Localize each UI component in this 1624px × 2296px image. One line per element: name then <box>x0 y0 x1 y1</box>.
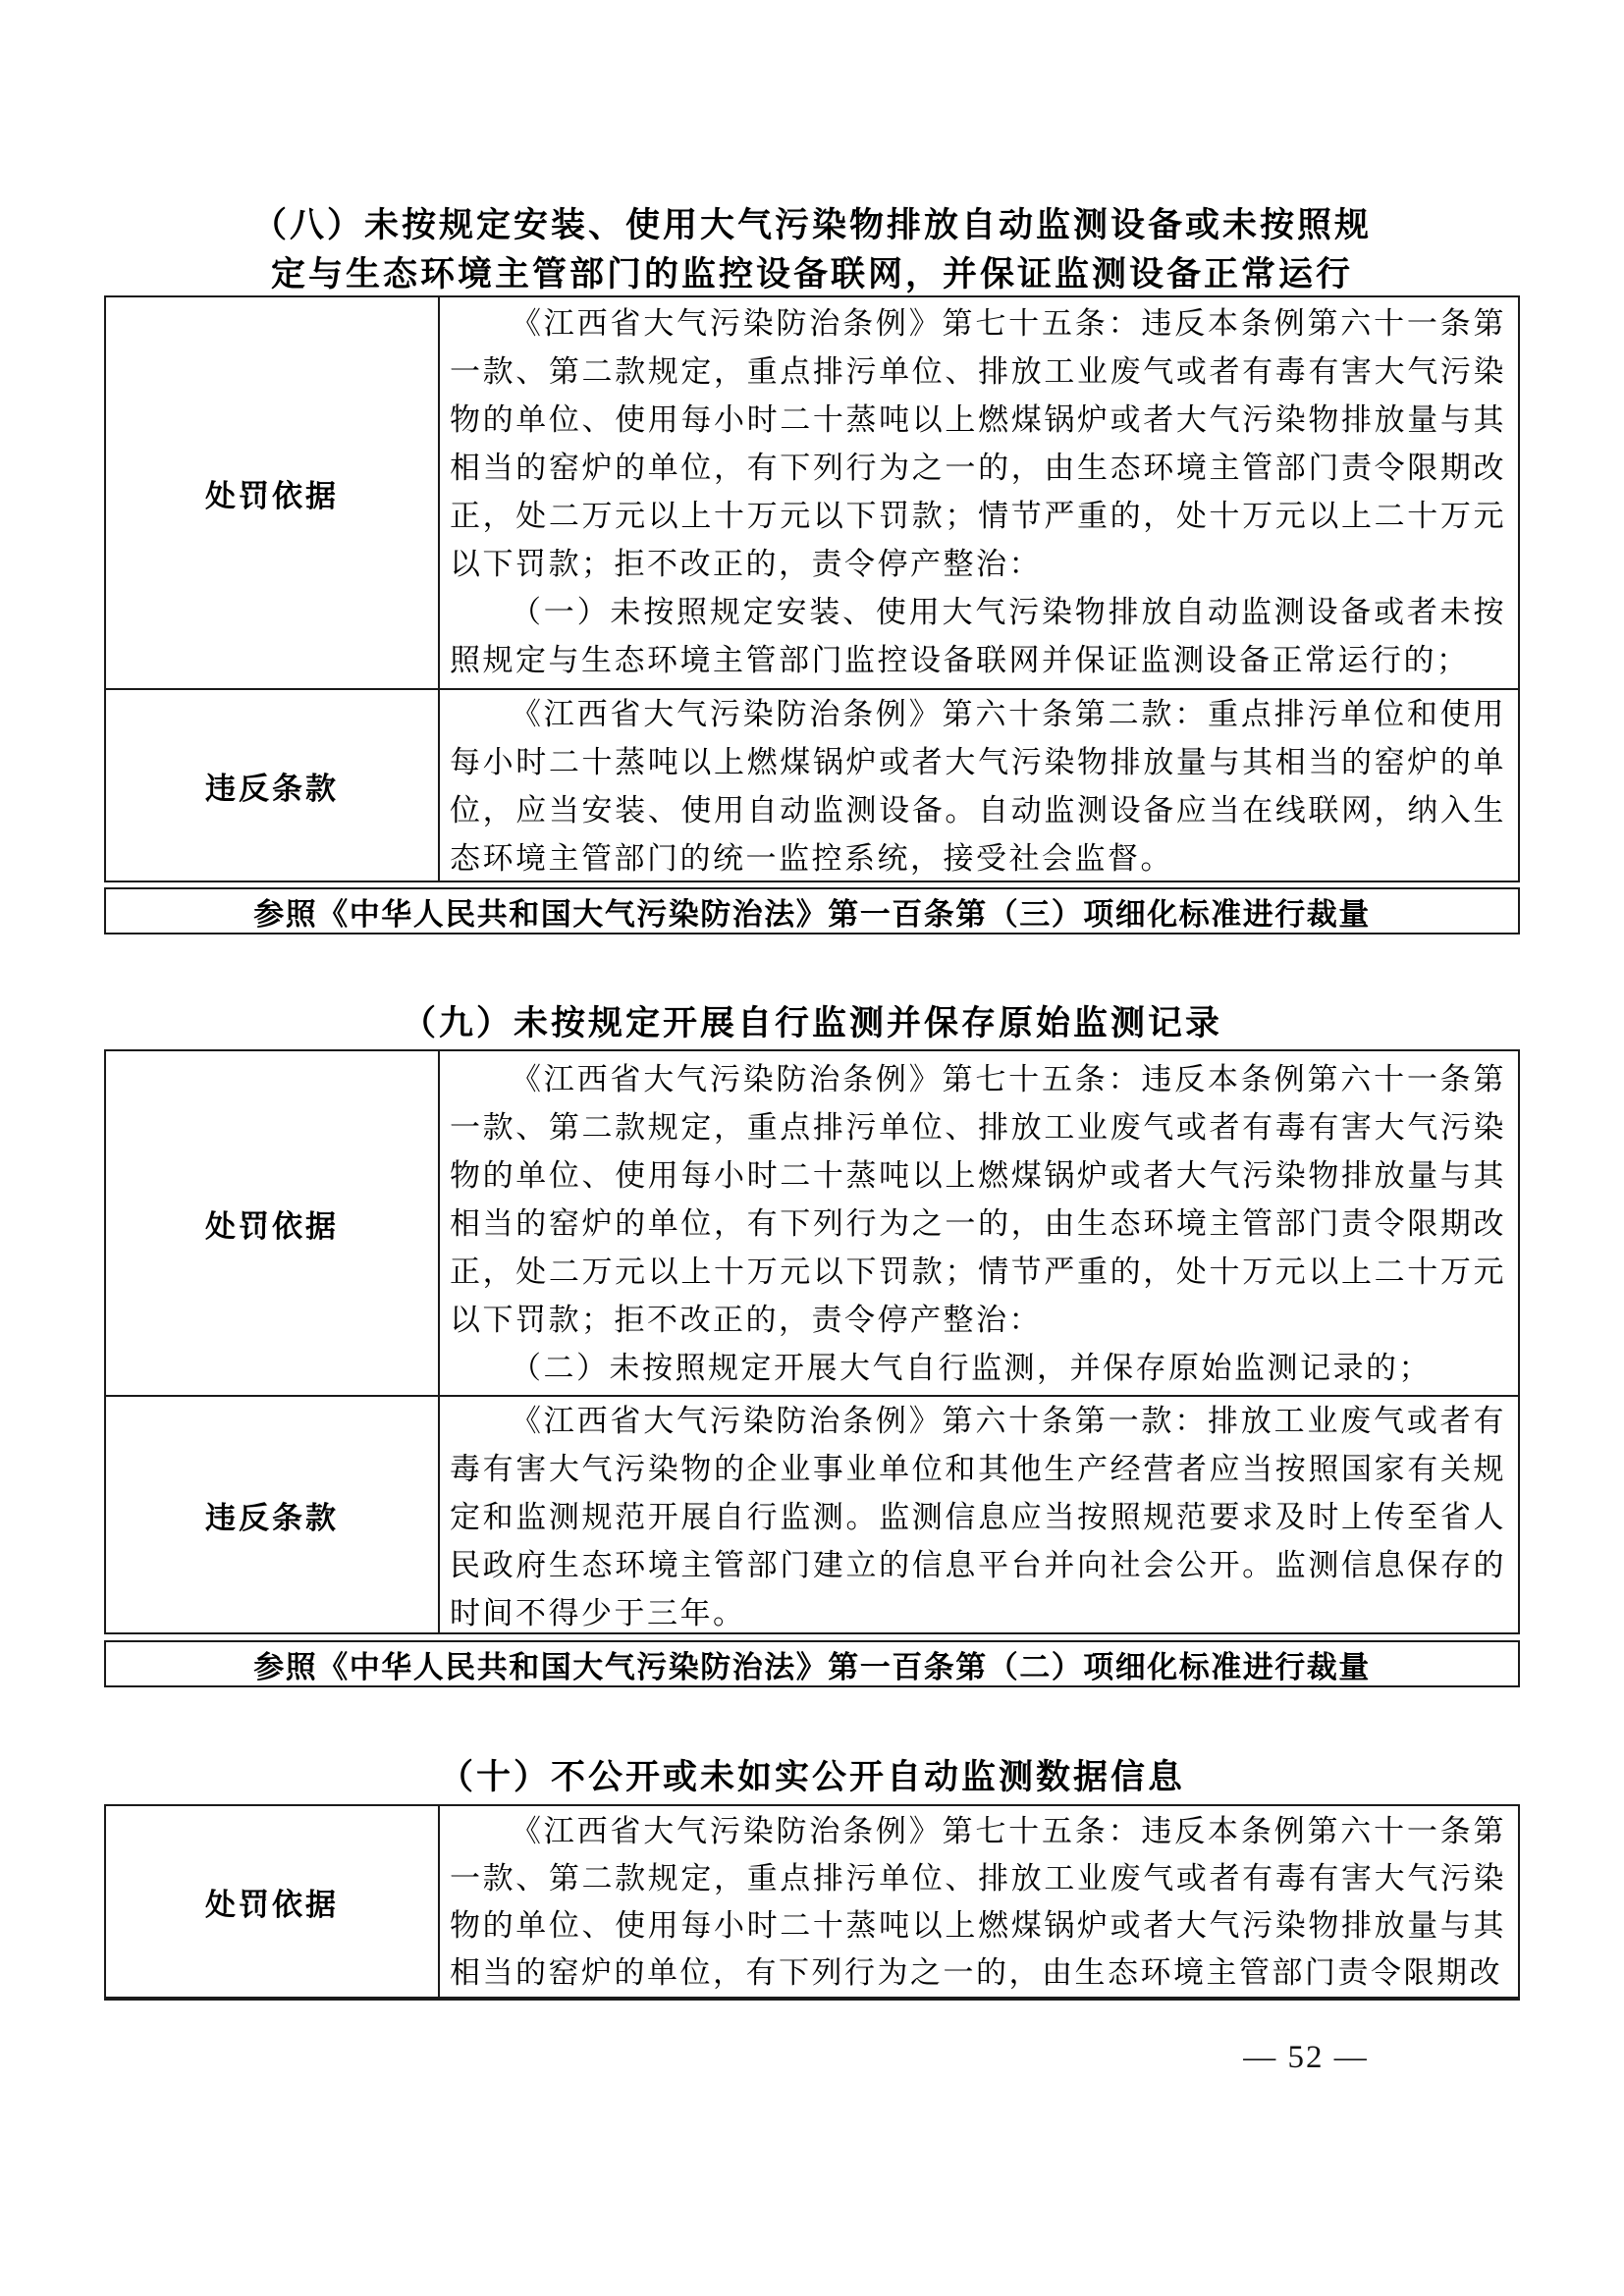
paragraph: 《江西省大气污染防治条例》第七十五条：违反本条例第六十一条第一款、第二款规定，重… <box>450 299 1506 588</box>
row-content: 《江西省大气污染防治条例》第六十条第一款：排放工业废气或者有毒有害大气污染物的企… <box>440 1397 1518 1632</box>
row-label: 处罚依据 <box>106 1051 440 1395</box>
paragraph: （二）未按照规定开展大气自行监测，并保存原始监测记录的； <box>450 1344 1506 1392</box>
paragraph: 《江西省大气污染防治条例》第七十五条：违反本条例第六十一条第一款、第二款规定，重… <box>450 1055 1506 1344</box>
section-9-title-line-1: （九）未按规定开展自行监测并保存原始监测记录 <box>104 999 1520 1048</box>
section-10-title: （十）不公开或未如实公开自动监测数据信息 <box>104 1753 1520 1802</box>
row-label: 处罚依据 <box>106 297 440 688</box>
table-row-violated-clause: 违反条款 《江西省大气污染防治条例》第六十条第二款：重点排污单位和使用每小时二十… <box>106 688 1518 881</box>
section-8-discretion-note: 参照《中华人民共和国大气污染防治法》第一百条第（三）项细化标准进行裁量 <box>104 887 1520 934</box>
row-label: 处罚依据 <box>106 1806 440 1997</box>
paragraph: （一）未按照规定安装、使用大气污染物排放自动监测设备或者未按照规定与生态环境主管… <box>450 588 1506 684</box>
row-content: 《江西省大气污染防治条例》第七十五条：违反本条例第六十一条第一款、第二款规定，重… <box>440 1051 1518 1395</box>
table-row-penalty-basis: 处罚依据 《江西省大气污染防治条例》第七十五条：违反本条例第六十一条第一款、第二… <box>106 1806 1518 1997</box>
section-8-title-line-1: （八）未按规定安装、使用大气污染物排放自动监测设备或未按照规 <box>104 201 1520 250</box>
table-row-violated-clause: 违反条款 《江西省大气污染防治条例》第六十条第一款：排放工业废气或者有毒有害大气… <box>106 1395 1518 1632</box>
row-content: 《江西省大气污染防治条例》第六十条第二款：重点排污单位和使用每小时二十蒸吨以上燃… <box>440 690 1518 881</box>
section-9-table: 处罚依据 《江西省大气污染防治条例》第七十五条：违反本条例第六十一条第一款、第二… <box>104 1049 1520 1634</box>
table-row-penalty-basis: 处罚依据 《江西省大气污染防治条例》第七十五条：违反本条例第六十一条第一款、第二… <box>106 297 1518 688</box>
table-row-penalty-basis: 处罚依据 《江西省大气污染防治条例》第七十五条：违反本条例第六十一条第一款、第二… <box>106 1051 1518 1395</box>
document-page: （八）未按规定安装、使用大气污染物排放自动监测设备或未按照规 定与生态环境主管部… <box>0 0 1624 2296</box>
page-number: — 52 — <box>1159 2040 1453 2076</box>
paragraph: 《江西省大气污染防治条例》第六十条第二款：重点排污单位和使用每小时二十蒸吨以上燃… <box>450 690 1506 881</box>
section-8-table: 处罚依据 《江西省大气污染防治条例》第七十五条：违反本条例第六十一条第一款、第二… <box>104 295 1520 882</box>
row-label: 违反条款 <box>106 690 440 881</box>
section-9-discretion-note: 参照《中华人民共和国大气污染防治法》第一百条第（二）项细化标准进行裁量 <box>104 1640 1520 1687</box>
paragraph: 《江西省大气污染防治条例》第七十五条：违反本条例第六十一条第一款、第二款规定，重… <box>450 1808 1506 1997</box>
paragraph: 《江西省大气污染防治条例》第六十条第一款：排放工业废气或者有毒有害大气污染物的企… <box>450 1397 1506 1632</box>
section-8-title-line-2: 定与生态环境主管部门的监控设备联网，并保证监测设备正常运行 <box>104 250 1520 299</box>
row-content: 《江西省大气污染防治条例》第七十五条：违反本条例第六十一条第一款、第二款规定，重… <box>440 1806 1518 1997</box>
section-10-table: 处罚依据 《江西省大气污染防治条例》第七十五条：违反本条例第六十一条第一款、第二… <box>104 1804 1520 2001</box>
section-10-title-line-1: （十）不公开或未如实公开自动监测数据信息 <box>104 1753 1520 1802</box>
row-content: 《江西省大气污染防治条例》第七十五条：违反本条例第六十一条第一款、第二款规定，重… <box>440 297 1518 688</box>
section-8-title: （八）未按规定安装、使用大气污染物排放自动监测设备或未按照规 定与生态环境主管部… <box>104 201 1520 299</box>
section-9-title: （九）未按规定开展自行监测并保存原始监测记录 <box>104 999 1520 1048</box>
row-label: 违反条款 <box>106 1397 440 1632</box>
